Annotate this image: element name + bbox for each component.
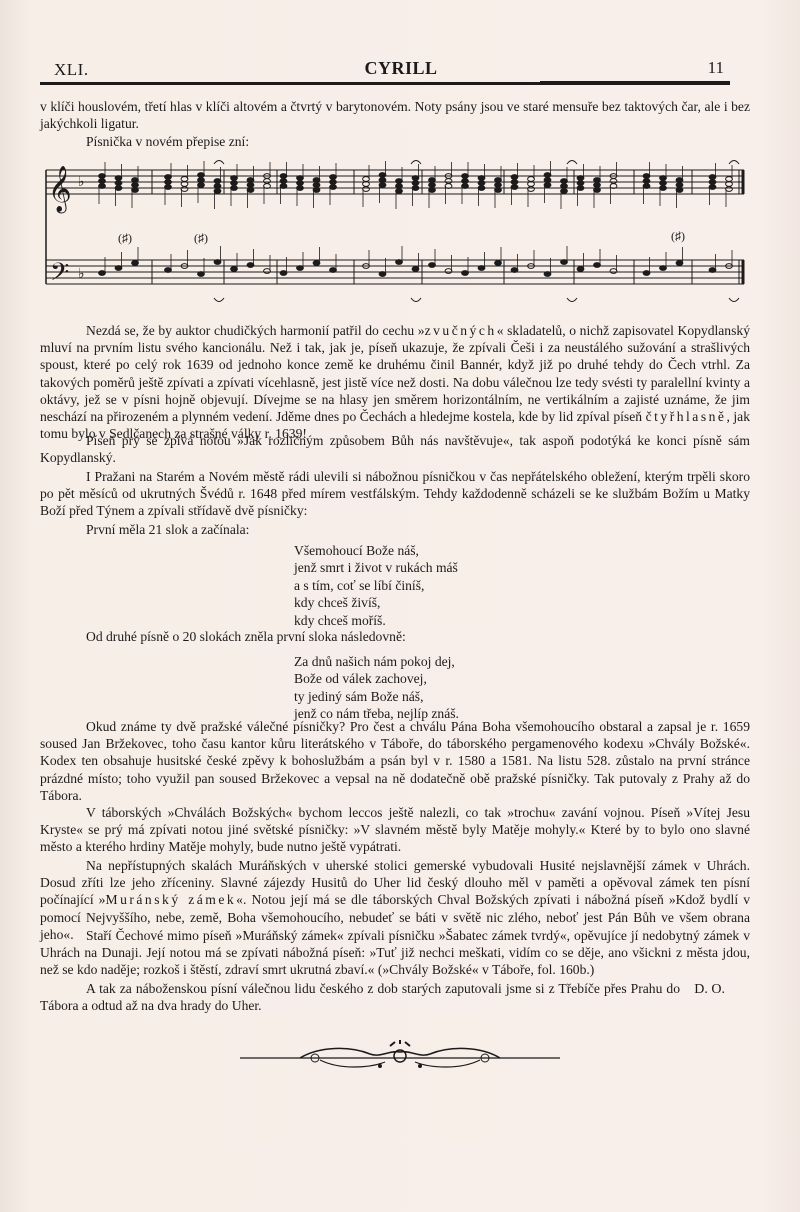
verse-second-song: Za dnů našich nám pokoj dej,Bože od vále… [294,653,459,723]
emphasis-spaced: zvučných [425,323,497,338]
header-rule-thick [540,81,730,83]
music-score: 𝄞 𝄢 ♭ ♭ (♯) (♯) (♯) [44,160,750,310]
floral-divider-icon [240,1036,560,1076]
paragraph-5: Od druhé písně o 20 slokách zněla první … [40,628,750,645]
author-signature: D. O. [694,982,725,998]
treble-clef-icon: 𝄞 [48,166,72,214]
intro-text: v klíči houslovém, třetí hlas v klíči al… [40,98,750,151]
bass-clef-icon: 𝄢 [50,258,69,293]
sharp-accidental: (♯) [671,229,685,243]
verse-line: kdy chceš živíš, [294,594,458,611]
journal-title: CYRILL [40,58,762,79]
paragraph-7: V táborských »Chválách Božských« bychom … [40,804,750,856]
sharp-accidental: (♯) [194,231,208,245]
paragraph-3: I Pražani na Starém a Novém městě rádi u… [40,468,750,520]
verse-line: jenž smrt i život v rukách máš [294,559,458,576]
emphasis-spaced: čtyřhlasně [646,409,727,424]
paragraph-4: První měla 21 slok a začínala: [40,521,750,538]
verse-line: Za dnů našich nám pokoj dej, [294,653,459,670]
page-number: 11 [708,58,724,78]
emphasis-spaced: Muránský zámek [105,892,236,907]
sharp-accidental: (♯) [118,231,132,245]
verse-line: a s tím, coť se líbí činíš, [294,577,458,594]
verse-line: Bože od válek zachovej, [294,670,459,687]
verse-line: kdy chceš moříš. [294,612,458,629]
key-signature-flat-icon: ♭ [78,175,85,190]
verse-line: ty jediný sám Bože náš, [294,688,459,705]
paragraph-9: Staří Čechové mimo píseň »Muráňský zámek… [40,927,750,979]
paragraph-1: Nezdá se, že by auktor chudičkých harmon… [40,322,750,442]
intro-paragraph: v klíči houslovém, třetí hlas v klíči al… [40,98,750,132]
verse-line: Všemohoucí Bože náš, [294,542,458,559]
page: XLI. CYRILL 11 v klíči houslovém, třetí … [0,0,800,1212]
paragraph-6: Okud známe ty dvě pražské válečné písnič… [40,718,750,804]
verse-first-song: Všemohoucí Bože náš,jenž smrt i život v … [294,542,458,629]
paragraph-2: Píseň prý se zpívá notou »Jak rozličným … [40,432,750,466]
paragraph-10: A tak za náboženskou písní válečnou lidu… [40,980,680,1014]
key-signature-flat-icon: ♭ [78,267,85,282]
song-lead: Písnička v novém přepise zní: [40,133,750,150]
